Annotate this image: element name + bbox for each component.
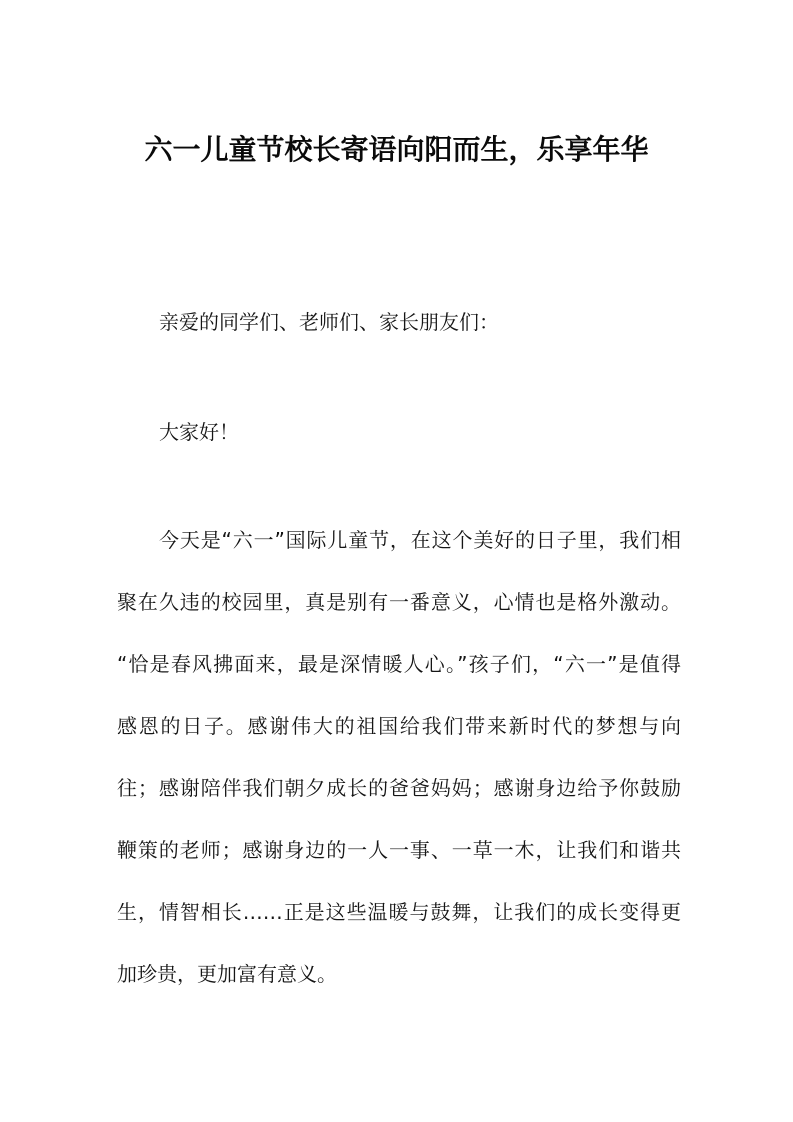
paragraph-line: 生，情智相长……正是这些温暖与鼓舞，让我们的成长变得更 — [117, 898, 681, 926]
greeting: 大家好！ — [159, 418, 723, 446]
paragraph-line: 聚在久违的校园里，真是别有一番意义，心情也是格外激动。 — [117, 588, 681, 616]
document-title: 六一儿童节校长寄语向阳而生，乐享年华 — [0, 130, 793, 170]
salutation: 亲爱的同学们、老师们、家长朋友们： — [159, 308, 723, 336]
document-page: 六一儿童节校长寄语向阳而生，乐享年华 亲爱的同学们、老师们、家长朋友们： 大家好… — [0, 0, 793, 1122]
paragraph-line: 感恩的日子。感谢伟大的祖国给我们带来新时代的梦想与向 — [117, 712, 681, 740]
paragraph-line: 加珍贵，更加富有意义。 — [117, 960, 681, 988]
paragraph-line: “恰是春风拂面来，最是深情暖人心。”孩子们，“六一”是值得 — [117, 650, 681, 678]
paragraph-line: 今天是“六一”国际儿童节，在这个美好的日子里，我们相 — [159, 526, 681, 554]
paragraph-line: 鞭策的老师；感谢身边的一人一事、一草一木，让我们和谐共 — [117, 836, 681, 864]
paragraph-line: 往；感谢陪伴我们朝夕成长的爸爸妈妈；感谢身边给予你鼓励 — [117, 774, 681, 802]
